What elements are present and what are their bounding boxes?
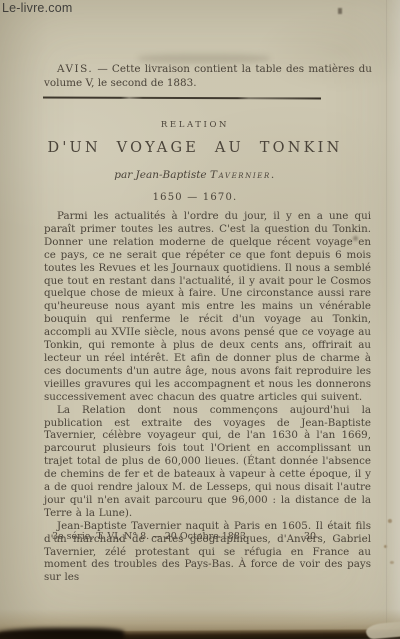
article-title: D'UN VOYAGE AU TONKIN bbox=[30, 140, 360, 156]
page-right-edge bbox=[386, 0, 400, 627]
body-paragraph: La Relation dont nous commençons aujourd… bbox=[44, 404, 371, 520]
section-divider bbox=[43, 97, 321, 100]
page-footer: 3e série, T. VI, N° 8. — 20 Octobre 1883… bbox=[52, 531, 322, 542]
notice-label: AVIS. bbox=[57, 63, 93, 75]
article-byline: par Jean-Baptiste Tavernier. bbox=[30, 169, 360, 181]
watermark: Le-livre.com bbox=[2, 1, 72, 15]
article-heading: RELATION D'UN VOYAGE AU TONKIN par Jean-… bbox=[30, 120, 360, 203]
article-date-range: 1650 — 1670. bbox=[30, 192, 360, 203]
footer-issue-info: 3e série, T. VI, N° 8. — 20 Octobre 1883… bbox=[52, 531, 249, 542]
footer-page-number: 30 bbox=[304, 531, 316, 542]
notice-text: — Cette livraison contient la table des … bbox=[44, 63, 372, 89]
byline-prefix: par Jean-Baptiste bbox=[114, 169, 210, 181]
scanned-page: Le-livre.com AVIS. — Cette livraison con… bbox=[0, 0, 400, 639]
body-paragraph: Jean-Baptiste Tavernier naquit à Paris e… bbox=[44, 520, 371, 585]
ink-speck bbox=[338, 8, 342, 14]
ink-showthrough-smudge bbox=[138, 54, 270, 63]
page-corner-shadow bbox=[0, 628, 124, 639]
article-body: Parmi les actualités à l'ordre du jour, … bbox=[44, 210, 371, 584]
publisher-notice: AVIS. — Cette livraison contient la tabl… bbox=[44, 63, 372, 90]
byline-author-name: Tavernier. bbox=[210, 169, 276, 181]
body-paragraph: Parmi les actualités à l'ordre du jour, … bbox=[44, 210, 371, 404]
article-kicker: RELATION bbox=[30, 120, 360, 130]
